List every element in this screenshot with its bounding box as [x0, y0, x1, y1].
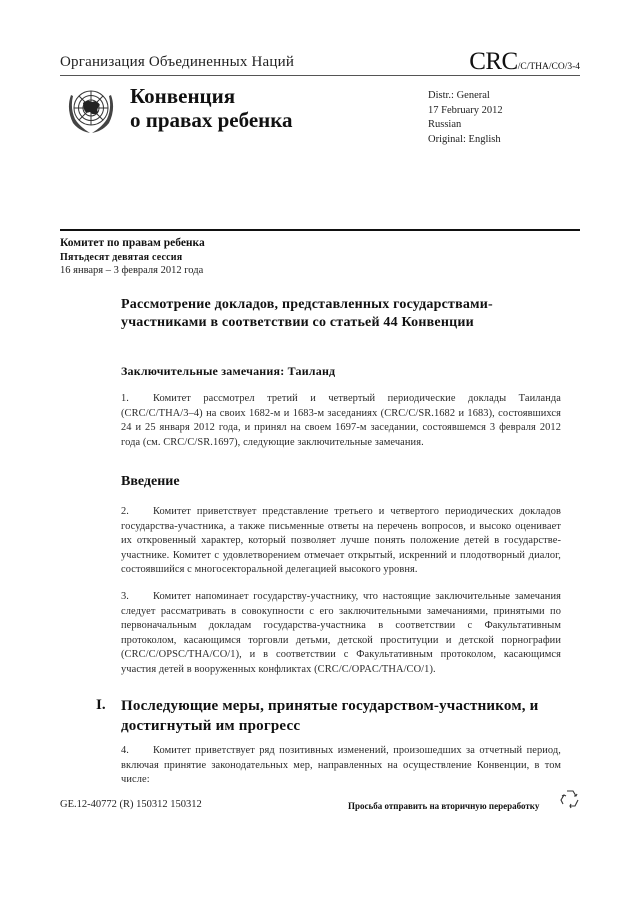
- recycle-text: Просьба отправить на вторичную переработ…: [348, 801, 539, 811]
- committee-name: Комитет по правам ребенка: [60, 237, 205, 249]
- document-code: GE.12-40772 (R) 150312 150312: [60, 799, 202, 810]
- intro-heading: Введение: [121, 474, 180, 490]
- paragraph-number: 4.: [121, 744, 153, 759]
- paragraph-text: Комитет рассмотрел третий и четвертый пе…: [121, 393, 561, 448]
- convention-title-line1: Конвенция: [130, 84, 293, 108]
- distr-general: Distr.: General: [428, 89, 503, 104]
- session-dates: 16 января – 3 февраля 2012 года: [60, 265, 203, 276]
- recycle-icon: [560, 788, 580, 810]
- document-symbol: CRC/C/THA/CO/3-4: [469, 48, 580, 76]
- paragraph-text: Комитет напоминает государству-участнику…: [121, 591, 561, 675]
- paragraph-number: 3.: [121, 590, 153, 605]
- paragraph-1: 1.Комитет рассмотрел третий и четвертый …: [121, 392, 561, 450]
- paragraph-number: 2.: [121, 505, 153, 520]
- main-title: Рассмотрение докладов, представленных го…: [121, 296, 541, 332]
- section-number: I.: [96, 697, 106, 714]
- section-title: Последующие меры, принятые государством-…: [121, 697, 541, 736]
- symbol-main: CRC: [469, 48, 518, 75]
- header-rule: [60, 75, 580, 76]
- paragraph-4: 4.Комитет приветствует ряд позитивных из…: [121, 744, 561, 788]
- distr-date: 17 February 2012: [428, 104, 503, 119]
- convention-title: Конвенция о правах ребенка: [130, 84, 293, 132]
- section-rule: [60, 229, 580, 231]
- paragraph-number: 1.: [121, 392, 153, 407]
- distr-original: Original: English: [428, 133, 503, 148]
- organization-name: Организация Объединенных Наций: [60, 54, 294, 71]
- paragraph-text: Комитет приветствует ряд позитивных изме…: [121, 745, 561, 785]
- symbol-suffix: /C/THA/CO/3-4: [518, 62, 580, 72]
- sub-title: Заключительные замечания: Таиланд: [121, 364, 335, 379]
- paragraph-3: 3.Комитет напоминает государству-участни…: [121, 590, 561, 677]
- paragraph-2: 2.Комитет приветствует представление тре…: [121, 505, 561, 578]
- distr-language: Russian: [428, 118, 503, 133]
- convention-title-line2: о правах ребенка: [130, 108, 293, 132]
- paragraph-text: Комитет приветствует представление треть…: [121, 506, 561, 575]
- un-emblem-icon: [63, 81, 119, 139]
- session-name: Пятьдесят девятая сессия: [60, 252, 182, 263]
- distribution-block: Distr.: General 17 February 2012 Russian…: [428, 89, 503, 147]
